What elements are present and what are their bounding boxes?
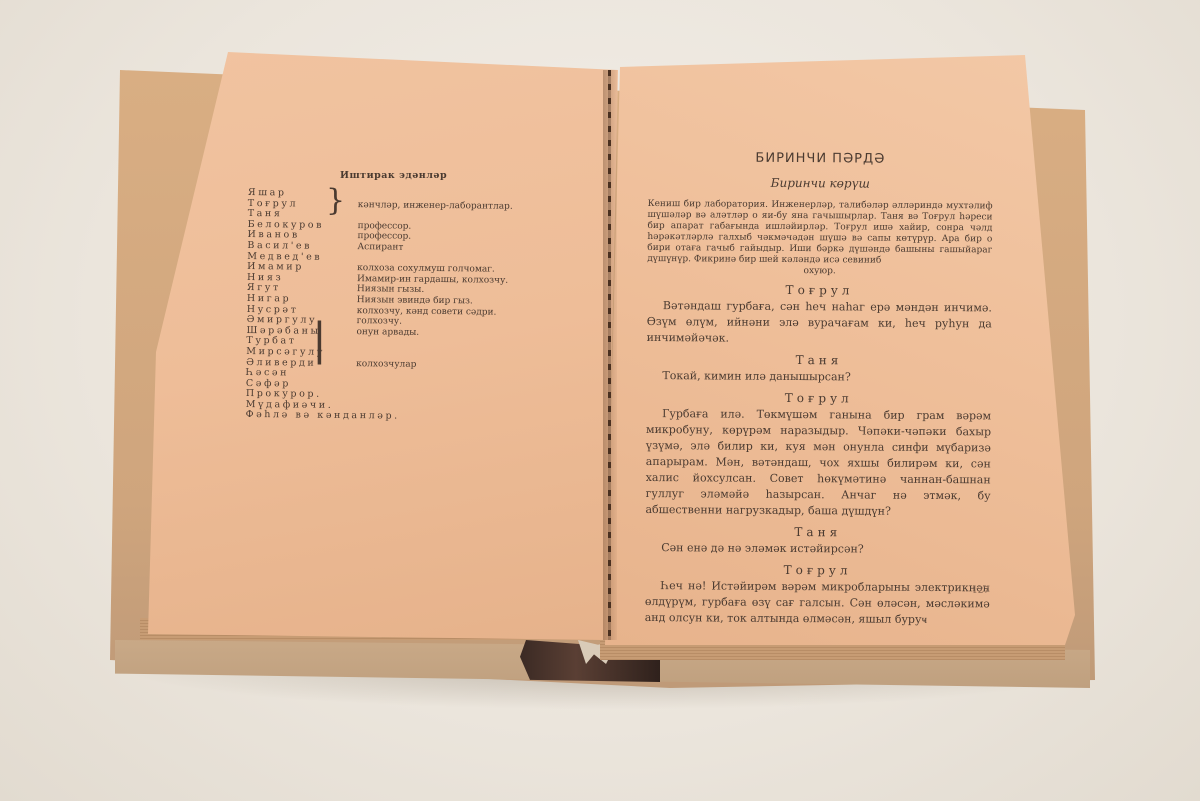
dialogue-line: Һеч нә! Истәйирәм вәрәм микробларыны эле… — [645, 578, 990, 628]
cast-role: колхозчулар — [356, 359, 416, 370]
cast-role: профессор. — [357, 232, 411, 243]
speaker-name: Тоғрул — [645, 562, 990, 578]
speaker-name: Таня — [645, 524, 990, 540]
speaker-name: Тоғрул — [647, 282, 992, 298]
cast-role: онун арвады. — [356, 327, 419, 338]
dialogue-line: Вәтәндаш гурбаға, сән һеч наһаг ерә мәнд… — [647, 298, 992, 348]
act-title: БИРИНЧИ ПӘРДӘ — [648, 150, 993, 167]
brace-icon: } — [326, 186, 345, 216]
dialogue-line: Гурбаға илә. Төкмүшәм ганына бир грам вә… — [645, 406, 991, 520]
cast-role: кәнчләр, инженер-лаборантлар. — [358, 200, 513, 212]
dialogue-line: Токай, кимин илә данышырсан? — [646, 368, 991, 386]
cast-role: Ниязын гызы. — [357, 284, 424, 295]
cast-list-title: Иштирак эдәнләр — [340, 170, 447, 181]
brace-icon: | — [312, 318, 327, 362]
cast-list: Яшар Тоғрулкәнчләр, инженер-лаборантлар.… — [246, 188, 513, 424]
cast-name: Фәһлә вә кәнданләр. — [246, 410, 446, 423]
gutter-binding-line — [608, 70, 611, 640]
dialogue-line: Сән енә дә нә эләмәк истәйирсән? — [645, 540, 990, 558]
play-text: БИРИНЧИ ПӘРДӘ Биринчи көрүш Кениш бир ла… — [645, 150, 993, 628]
cast-role: голхозчу. — [357, 316, 402, 327]
speaker-name: Таня — [646, 352, 991, 368]
cast-role: Аспирант — [357, 242, 403, 253]
page-number: 127 — [972, 586, 989, 596]
cast-role: профессор. — [358, 221, 412, 232]
stage-direction: Кениш бир лаборатория. Инженерләр, талиб… — [647, 199, 992, 267]
scene-title: Биринчи көрүш — [648, 175, 993, 191]
stage-direction-end: охуюр. — [647, 265, 992, 278]
speaker-name: Тоғрул — [646, 390, 991, 406]
